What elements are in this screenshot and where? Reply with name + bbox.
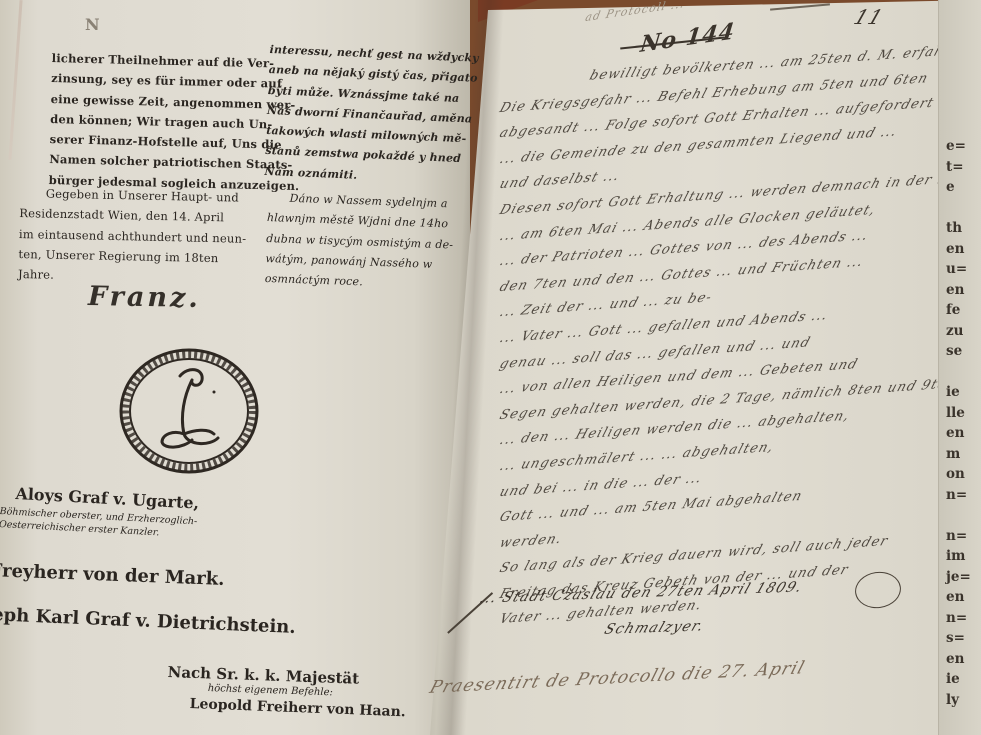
- page-corner-mark: N: [85, 15, 100, 34]
- text-fragment: [946, 362, 976, 383]
- text-fragment: u=: [946, 259, 976, 280]
- text-fragment: lle: [946, 403, 976, 424]
- text-fragment: on: [946, 464, 976, 485]
- text-fragment: n=: [946, 526, 976, 547]
- text-fragment: th: [946, 218, 976, 239]
- text-fragment: ly: [946, 690, 976, 711]
- next-page-text-fragments: e= t= e th en u= en fe zu se ie lle en m…: [946, 136, 976, 710]
- text-fragment: en: [946, 587, 976, 608]
- text-fragment: en: [946, 239, 976, 260]
- czech-column-text: interessu, nechť gest na wždycky aneb na…: [264, 40, 475, 191]
- text-fragment: [946, 505, 976, 526]
- text-fragment: zu: [946, 321, 976, 342]
- german-dateline: Gegeben in Unserer Haupt- und Residenzst…: [18, 183, 255, 289]
- text-fragment: ie: [946, 382, 976, 403]
- handwritten-body: bewilligt bevölkerten ... am 25ten d. M.…: [500, 70, 940, 633]
- text-fragment: se: [946, 341, 976, 362]
- text-fragment: s=: [946, 628, 976, 649]
- text-fragment: e: [946, 177, 976, 198]
- text-fragment: m: [946, 444, 976, 465]
- text-fragment: im: [946, 546, 976, 567]
- text-fragment: ie: [946, 669, 976, 690]
- text-fragment: [946, 198, 976, 219]
- text-fragment: t=: [946, 157, 976, 178]
- text-fragment: je=: [946, 567, 976, 588]
- open-book: N licherer Theilnehmer auf die Ver- zins…: [0, 0, 981, 735]
- sovereign-signature: Franz.: [88, 281, 201, 314]
- text-fragment: en: [946, 280, 976, 301]
- seal-icon: [118, 346, 260, 476]
- text-fragment: fe: [946, 300, 976, 321]
- text-fragment: en: [946, 423, 976, 444]
- german-column-text: licherer Theilnehmer auf die Ver- zinsun…: [49, 48, 262, 195]
- text-fragment: n=: [946, 485, 976, 506]
- text-fragment: n=: [946, 608, 976, 629]
- czech-dateline: Dáno w Nassem sydelnjm a hlawnjm městě W…: [264, 188, 477, 297]
- text-fragment: e=: [946, 136, 976, 157]
- text-fragment: en: [946, 649, 976, 670]
